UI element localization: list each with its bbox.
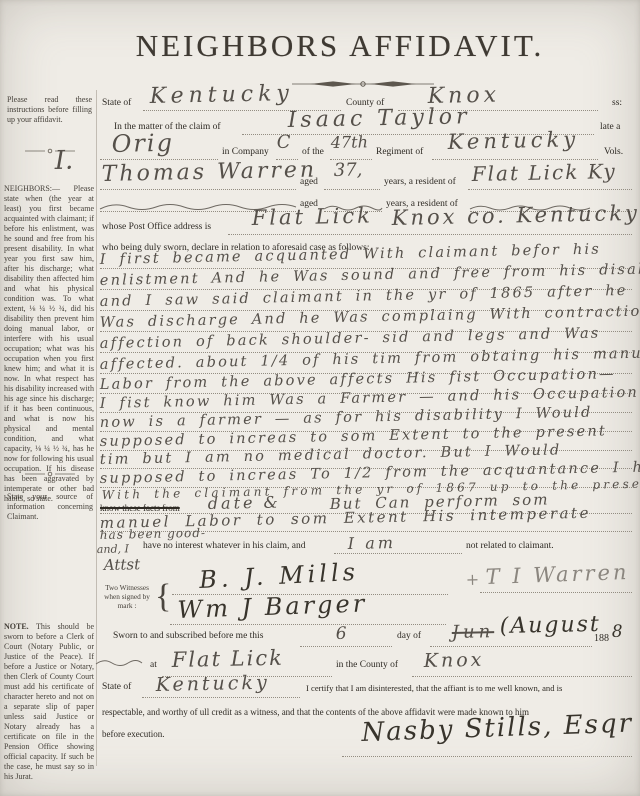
dotted-rule: [342, 756, 632, 757]
margin-note-label: NOTE.: [4, 622, 29, 631]
ss-label: ss:: [612, 98, 622, 108]
age-entry: 37,: [334, 159, 363, 181]
dotted-rule: [170, 624, 446, 625]
post-office-label: whose Post Office address is: [102, 222, 211, 232]
regiment-number-entry: 47th: [331, 132, 368, 152]
interest-fill-entry: I am: [348, 533, 397, 553]
state2-entry: Kentucky: [156, 672, 270, 696]
margin-pen-mark: I.: [54, 146, 73, 176]
day-of-label: day of: [397, 631, 421, 641]
interest-note-entry: and, I: [97, 542, 129, 556]
dotted-rule: [334, 553, 462, 554]
margin-source-note-text: State your source of information concern…: [7, 492, 93, 521]
sworn-label: Sworn to and subscribed before me this: [113, 631, 263, 641]
state2-label: State of: [102, 682, 131, 692]
of-the-label: of the: [302, 147, 324, 157]
county2-entry: Knox: [424, 649, 485, 672]
post-office-place-entry: Flat Lick: [251, 203, 373, 230]
mark-cross-entry: +: [466, 570, 480, 589]
certify-line-1: I certify that I am disinterested, that …: [306, 683, 562, 693]
day-entry: 6: [336, 624, 347, 644]
rank-entry: Orig: [111, 129, 174, 158]
certify-line-3: before execution.: [102, 729, 164, 739]
claimant-name-entry: Isaac Taylor: [287, 104, 470, 133]
company-label: in Company: [222, 147, 269, 157]
company-entry: C: [277, 132, 291, 153]
residence-entry: Flat Lick Ky: [471, 159, 616, 186]
dotted-rule: [228, 234, 632, 235]
dotted-rule: [468, 189, 632, 190]
witnesses-label: Two Witnesses when signed by mark :: [100, 584, 154, 610]
dotted-rule: [412, 676, 632, 677]
month-entry: (August: [499, 612, 601, 639]
dotted-rule: [324, 189, 380, 190]
vols-label: Vols.: [604, 147, 623, 157]
mark-signature-entry: T I Warren: [485, 560, 630, 589]
margin-note-text: This should be sworn to before a Clerk o…: [4, 622, 94, 781]
affiant-name-entry: Thomas Warren: [101, 157, 317, 187]
interest-pre-label: have no interest whatever in his claim, …: [143, 541, 306, 551]
margin-instructions-intro: Please read these instructions before fi…: [7, 95, 92, 125]
at-label: at: [150, 660, 157, 670]
resident-label: years, a resident of: [384, 177, 456, 187]
margin-neighbors-note: NEIGHBORS:— Please state when (the year …: [4, 184, 94, 504]
dotted-rule: [430, 646, 592, 647]
county-of-label: in the County of: [336, 660, 398, 670]
margin-source-note: State your source of information concern…: [7, 492, 93, 522]
pen-flourish: [96, 656, 142, 670]
witnesses-brace: {: [155, 578, 171, 616]
dotted-rule: [300, 646, 392, 647]
post-office-rest-entry: Knox co. Kentucky: [391, 201, 640, 230]
divider-ornament: [288, 78, 438, 90]
dotted-rule: [142, 697, 300, 698]
witness1-signature: B. J. Mills: [199, 558, 360, 594]
state-entry: Kentucky: [149, 81, 294, 109]
dotted-rule: [480, 592, 632, 593]
margin-ornament-mid: [25, 470, 75, 478]
regiment-state-entry: Kentucky: [447, 127, 579, 154]
aged-label: aged: [300, 177, 318, 187]
testimony-interline-habits: has been good-: [100, 526, 206, 542]
witness2-signature: Wm J Barger: [177, 589, 368, 624]
document-title: NEIGHBORS AFFIDAVIT.: [100, 28, 580, 64]
interest-post-label: not related to claimant.: [466, 541, 554, 551]
year-digit-entry: 8: [612, 622, 623, 642]
state-label: State of: [102, 98, 131, 108]
attest-entry: Attst: [104, 555, 141, 574]
margin-note: NOTE. This should be sworn to before a C…: [4, 622, 94, 782]
regiment-label: Regiment of: [376, 147, 423, 157]
affidavit-document: NEIGHBORS AFFIDAVIT. Please read these i…: [0, 0, 640, 796]
late-a-label: late a: [600, 122, 620, 132]
month-struck-entry: Jun: [452, 621, 495, 643]
place-entry: Flat Lick: [171, 646, 284, 672]
dotted-rule: [100, 189, 296, 190]
struck-facts-label: know these facts from: [100, 503, 180, 513]
year-printed-label: 188: [594, 633, 609, 644]
